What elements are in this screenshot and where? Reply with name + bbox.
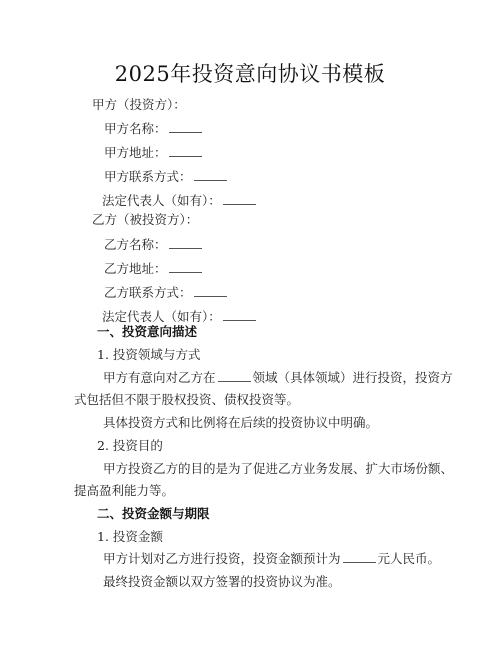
section1-paragraph3-line1: 甲方投资乙方的目的是为了促进乙方业务发展、扩大市场份额、 xyxy=(103,459,453,477)
party-b-name-blank xyxy=(169,238,202,249)
party-a-name-label: 甲方名称： xyxy=(104,121,167,136)
party-a-address-blank xyxy=(169,146,202,157)
section2-paragraph2: 最终投资金额以双方签署的投资协议为准。 xyxy=(103,572,341,590)
section2-sub1: 1. 投资金额 xyxy=(97,527,163,545)
section1-paragraph3-line2: 提高盈利能力等。 xyxy=(74,481,174,499)
amount-blank xyxy=(343,552,376,563)
party-b-address-field: 乙方地址： xyxy=(104,259,204,277)
party-a-contact-label: 甲方联系方式： xyxy=(104,169,192,184)
party-b-name-field: 乙方名称： xyxy=(104,235,204,253)
party-b-contact-label: 乙方联系方式： xyxy=(104,285,192,300)
party-a-rep-label: 法定代表人（如有）： xyxy=(102,193,221,208)
section2-paragraph1: 甲方计划对乙方进行投资，投资金额预计为元人民币。 xyxy=(103,549,440,567)
section2-heading: 二、投资金额与期限 xyxy=(97,504,210,522)
party-a-address-label: 甲方地址： xyxy=(104,145,167,160)
party-a-rep-blank xyxy=(223,194,256,205)
section1-paragraph1-line1: 甲方有意向对乙方在领域（具体领域）进行投资，投资方 xyxy=(103,368,453,386)
section1-sub1: 1. 投资领域与方式 xyxy=(97,345,200,363)
document-title: 2025年投资意向协议书模板 xyxy=(0,58,500,88)
section1-paragraph2: 具体投资方式和比例将在后续的投资协议中明确。 xyxy=(103,413,378,431)
field-blank xyxy=(218,371,251,382)
text-span: 甲方有意向对乙方在 xyxy=(103,370,216,385)
party-a-name-field: 甲方名称： xyxy=(104,119,204,137)
section1-paragraph1-line2: 式包括但不限于股权投资、债权投资等。 xyxy=(74,390,299,408)
party-a-address-field: 甲方地址： xyxy=(104,143,204,161)
party-a-contact-field: 甲方联系方式： xyxy=(104,167,229,185)
party-b-address-label: 乙方地址： xyxy=(104,261,167,276)
section1-sub2: 2. 投资目的 xyxy=(97,436,163,454)
party-a-contact-blank xyxy=(194,170,227,181)
party-b-contact-field: 乙方联系方式： xyxy=(104,283,229,301)
party-b-name-label: 乙方名称： xyxy=(104,237,167,252)
party-b-address-blank xyxy=(169,262,202,273)
party-a-rep-field: 法定代表人（如有）： xyxy=(102,191,258,209)
party-b-contact-blank xyxy=(194,286,227,297)
party-b-rep-blank xyxy=(223,310,256,321)
text-span: 领域（具体领域）进行投资，投资方 xyxy=(253,370,453,385)
text-span: 元人民币。 xyxy=(378,551,441,566)
party-a-name-blank xyxy=(169,122,202,133)
text-span: 甲方计划对乙方进行投资，投资金额预计为 xyxy=(103,551,341,566)
section1-heading: 一、投资意向描述 xyxy=(97,322,197,340)
party-b-heading: 乙方（被投资方）： xyxy=(92,210,198,228)
party-a-heading: 甲方（投资方）： xyxy=(92,95,186,113)
